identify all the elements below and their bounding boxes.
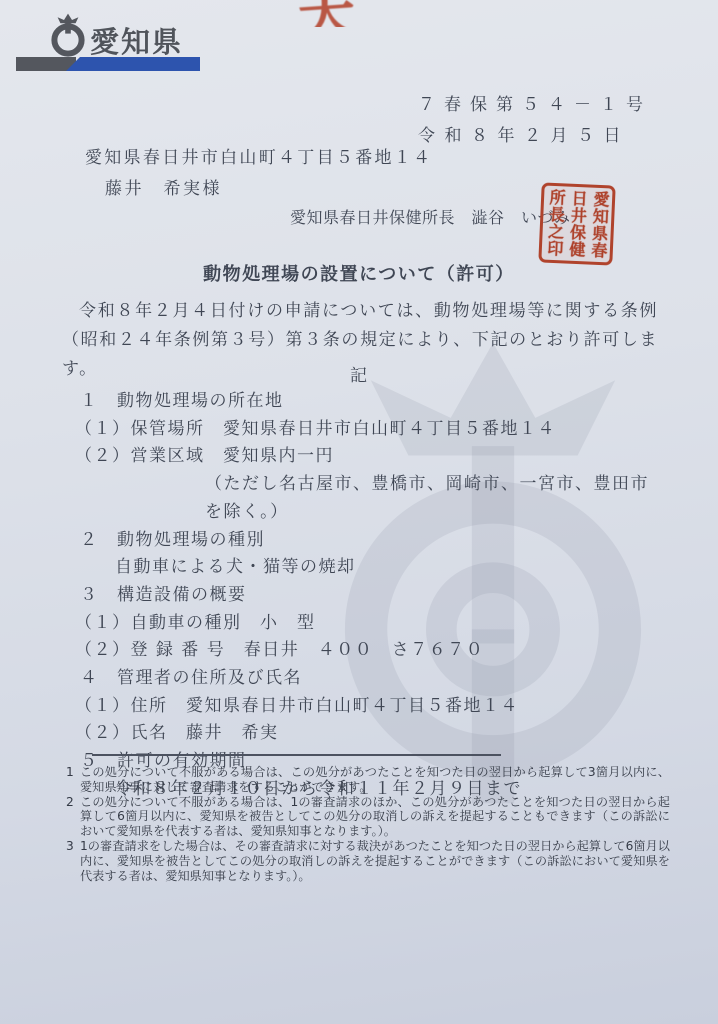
permit-document: 愛知県 天 ７春保第５４－１号 令和８年２月５日 愛知県春日井市白山町４丁目５番…	[0, 0, 718, 1024]
list-item: （２）営業区域 愛知県内一円	[75, 443, 662, 471]
recipient-name: 藤井 希実様	[105, 174, 222, 199]
footnote: 2 この処分について不服がある場合は、1の審査請求のほか、この処分があつたことを…	[66, 795, 670, 839]
list-item: （１）自動車の種別 小 型	[75, 610, 662, 638]
document-date: 令和８年２月５日	[418, 121, 652, 152]
footnote-divider	[92, 754, 501, 756]
list-item: （２）氏名 藤井 希実	[75, 720, 662, 748]
list-item: （２）登 録 番 号 春日井 ４００ さ７６７０	[75, 637, 662, 665]
document-title: 動物処理場の設置について（許可）	[0, 260, 718, 286]
logo-underline-gray	[16, 57, 76, 71]
footnote-number: 2	[66, 795, 80, 839]
seal-column-right: 愛知県春	[587, 191, 612, 260]
list-item: （１）住所 愛知県春日井市白山町４丁目５番地１４	[75, 693, 662, 721]
seal-column-left: 所長之印	[543, 189, 568, 258]
logo-prefecture-name: 愛知県	[90, 20, 183, 61]
list-item: （１）保管場所 愛知県春日井市白山町４丁目５番地１４	[75, 416, 662, 444]
footnote: 1 この処分について不服がある場合は、この処分があつたことを知つた日の翌日から起…	[66, 765, 670, 795]
aichi-emblem-logo-icon	[48, 13, 88, 59]
footnote-text: この処分について不服がある場合は、1の審査請求のほか、この処分があつたことを知つ…	[80, 795, 670, 839]
document-meta: ７春保第５４－１号 令和８年２月５日	[418, 90, 652, 152]
official-seal: 愛知県春 日井保健 所長之印	[538, 182, 615, 265]
issuer-title-and-name: 愛知県春日井保健所長 澁谷 いづみ	[290, 205, 571, 228]
list-item: 自動車による犬・猫等の焼却	[115, 554, 662, 582]
footnotes: 1 この処分について不服がある場合は、この処分があつたことを知つた日の翌日から起…	[66, 765, 670, 883]
footnote: 3 1の審査請求をした場合は、その審査請求に対する裁決があつたことを知つた日の翌…	[66, 839, 670, 883]
list-item: ２ 動物処理場の種別	[80, 527, 662, 555]
partial-red-stamp-glyph: 天	[294, 0, 358, 27]
ki-heading: 記	[0, 361, 718, 386]
list-item: ３ 構造設備の概要	[80, 582, 662, 610]
partial-red-stamp: 天	[291, 0, 371, 27]
official-seal-text: 愛知県春 日井保健 所長之印	[543, 189, 612, 260]
permit-items-list: １ 動物処理場の所在地 （１）保管場所 愛知県春日井市白山町４丁目５番地１４ （…	[62, 388, 662, 804]
footnote-text: 1の審査請求をした場合は、その審査請求に対する裁決があつたことを知つた日の翌日か…	[80, 839, 670, 883]
list-item: （ただし名古屋市、豊橋市、岡崎市、一宮市、豊田市を除く。）	[205, 471, 662, 526]
footnote-text: この処分について不服がある場合は、この処分があつたことを知つた日の翌日から起算し…	[80, 765, 670, 795]
list-item: ４ 管理者の住所及び氏名	[80, 665, 662, 693]
footnote-number: 3	[66, 839, 80, 883]
recipient-address: 愛知県春日井市白山町４丁目５番地１４	[85, 143, 432, 168]
footnote-number: 1	[66, 765, 80, 795]
seal-column-middle: 日井保健	[565, 190, 590, 259]
document-number: ７春保第５４－１号	[418, 90, 652, 121]
list-item: １ 動物処理場の所在地	[80, 388, 662, 416]
